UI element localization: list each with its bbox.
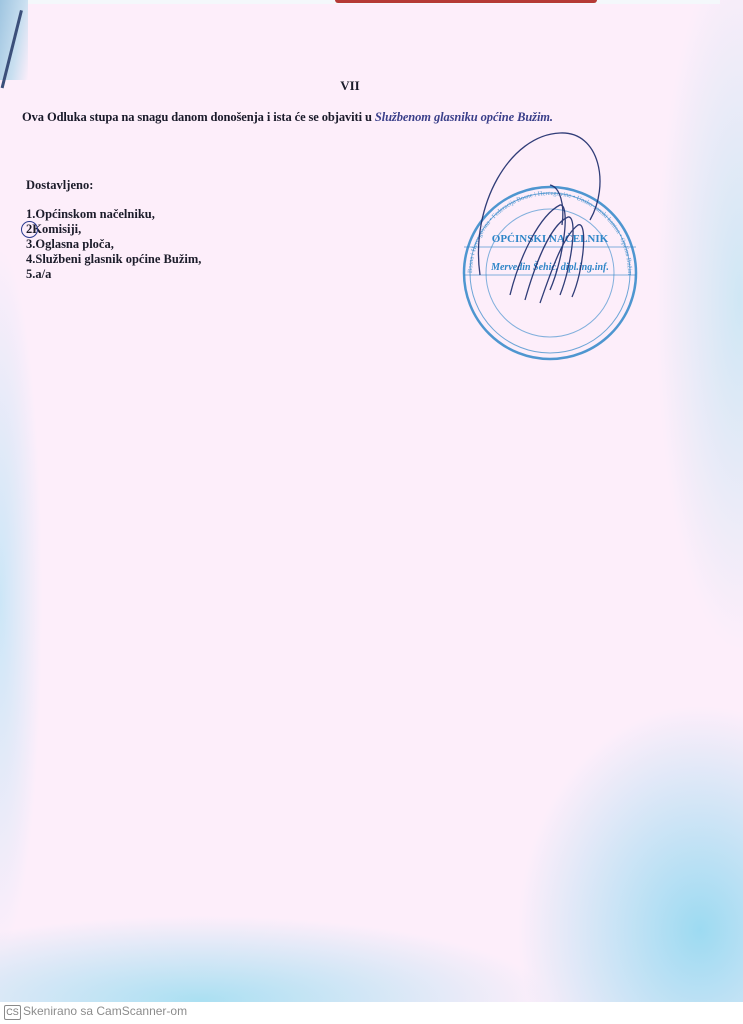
recipient-number: 3. bbox=[26, 237, 35, 251]
recipient-number: 4. bbox=[26, 252, 35, 266]
recipient-label: Općinskom načelniku, bbox=[35, 207, 154, 221]
recipient-number: 1. bbox=[26, 207, 35, 221]
decision-paragraph: Ova Odluka stupa na snagu danom donošenj… bbox=[22, 110, 553, 125]
paragraph-highlight: Službenom glasniku općine Bužim. bbox=[375, 110, 553, 124]
scanner-watermark-text: Skenirano sa CamScanner-om bbox=[23, 1004, 187, 1018]
recipient-item: 2Komisiji, bbox=[26, 222, 201, 237]
recipient-item: 5.a/a bbox=[26, 267, 201, 282]
recipient-item: 4.Službeni glasnik općine Bužim, bbox=[26, 252, 201, 267]
official-stamp: Bosna i Hercegovina • Federacija Bosne i… bbox=[450, 125, 650, 365]
recipient-label: Komisiji, bbox=[32, 222, 81, 236]
red-edge-artifact bbox=[335, 0, 597, 3]
recipient-number: 5. bbox=[26, 267, 35, 281]
hand-drawn-circle-mark bbox=[21, 221, 38, 238]
recipient-label: a/a bbox=[35, 267, 51, 281]
paragraph-text: Ova Odluka stupa na snagu danom donošenj… bbox=[22, 110, 375, 124]
recipient-item: 3.Oglasna ploča, bbox=[26, 237, 201, 252]
recipient-list: 1.Općinskom načelniku,2Komisiji,3.Oglasn… bbox=[26, 207, 201, 282]
recipient-item: 1.Općinskom načelniku, bbox=[26, 207, 201, 222]
stamp-title: OPĆINSKI NAČELNIK bbox=[492, 232, 609, 245]
recipient-label: Oglasna ploča, bbox=[35, 237, 114, 251]
recipient-label: Službeni glasnik općine Bužim, bbox=[35, 252, 201, 266]
delivered-label: Dostavljeno: bbox=[26, 178, 93, 193]
stamp-name: Mervedin Šehić, dipl.ing.inf. bbox=[490, 260, 609, 273]
scanned-page: VII Ova Odluka stupa na snagu danom dono… bbox=[0, 0, 743, 1002]
section-heading: VII bbox=[0, 78, 700, 94]
camscanner-logo-icon: CS bbox=[4, 1005, 21, 1020]
